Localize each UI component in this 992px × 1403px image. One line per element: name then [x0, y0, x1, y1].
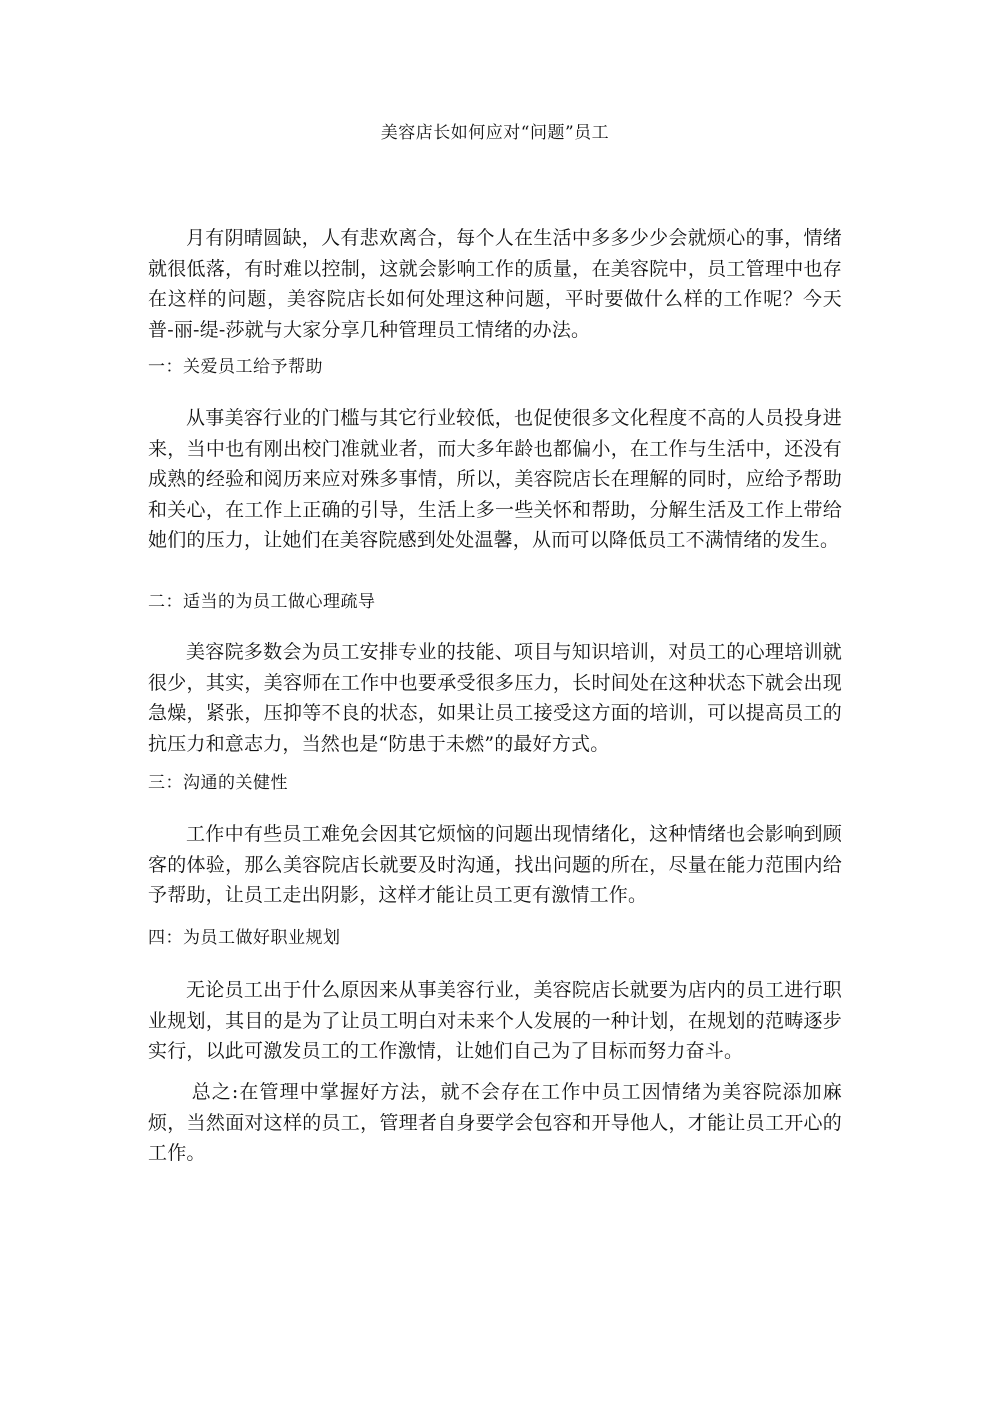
summary-paragraph: 总之:在管理中掌握好方法，就不会存在工作中员工因情绪为美容院添加麻烦，当然面对这… [148, 1077, 842, 1169]
section-body-1: 从事美容行业的门槛与其它行业较低，也促使很多文化程度不高的人员投身进来，当中也有… [148, 403, 842, 556]
section-heading-1: 一：关爱员工给予帮助 [148, 355, 323, 379]
section-heading-3: 三：沟通的关健性 [148, 771, 288, 795]
intro-paragraph: 月有阴晴圆缺，人有悲欢离合，每个人在生活中多多少少会就烦心的事，情绪就很低落，有… [148, 223, 842, 345]
document-title: 美容店长如何应对“问题”员工 [148, 121, 842, 145]
section-heading-4: 四：为员工做好职业规划 [148, 926, 341, 950]
section-heading-2: 二：适当的为员工做心理疏导 [148, 590, 376, 614]
section-body-3: 工作中有些员工难免会因其它烦恼的问题出现情绪化，这种情绪也会影响到顾客的体验，那… [148, 819, 842, 911]
section-body-4: 无论员工出于什么原因来从事美容行业，美容院店长就要为店内的员工进行职业规划，其目… [148, 975, 842, 1067]
section-body-2: 美容院多数会为员工安排专业的技能、项目与知识培训，对员工的心理培训就很少，其实，… [148, 637, 842, 759]
